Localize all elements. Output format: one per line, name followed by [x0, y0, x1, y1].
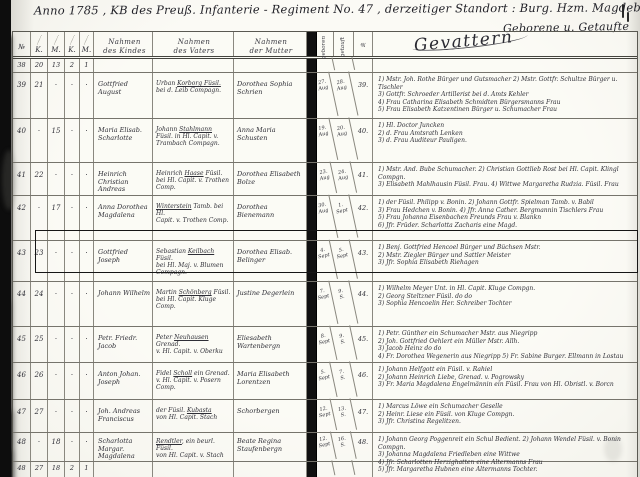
cell-father-name: Fidel Scholl ein Grenad. v. Hl. Capit. v… [153, 363, 234, 399]
cell-entry-no: 41. [354, 163, 373, 195]
cell-child-name: Maria Elisab. Scharlotte [94, 119, 153, 162]
cell-mother-name: Dorothea Elisabeth Bolze [234, 163, 307, 195]
cell-count: · [80, 400, 94, 432]
cell-count: 27 [31, 400, 48, 432]
cell-no: 43 [13, 241, 31, 281]
cell-no: 40 [13, 119, 31, 162]
cell-child-name: Johann Wilhelm [94, 282, 153, 326]
cell-count: 23 [31, 241, 48, 281]
carry-over-row: 38 20 13 2 1 [13, 59, 637, 73]
cell-entry-no: 42. [354, 196, 373, 240]
cell-no: 48 [13, 433, 31, 461]
father-text: Johann [156, 126, 179, 133]
table-row-39: 39 21 · · · Gottfried August Urban Korbo… [13, 73, 637, 119]
cell-count: · [80, 119, 94, 162]
cell-count: · [48, 400, 65, 432]
cell-count: · [80, 73, 94, 118]
father-surname-underlined: Keilbach [188, 248, 214, 255]
cell-godparents: 1) Johann Georg Poggenreit ein Schul Bed… [373, 433, 637, 461]
empty-cell [234, 59, 307, 72]
cell-father-name: Johann Stahlmann Füsil. in Hl. Capit. v.… [153, 119, 234, 162]
col-header-born-label: geboren [322, 36, 328, 59]
father-surname-underlined: Haase [185, 170, 204, 177]
father-text: von Hl. Capit. Stach [156, 414, 217, 421]
cell-father-name: Sebastian Keilbach Füsil. bei Hl. Maj. v… [153, 241, 234, 281]
total-count: 27 [31, 462, 48, 477]
cell-no: 44 [13, 282, 31, 326]
cell-count: · [65, 433, 80, 461]
cell-father-name: Martin Schönberg Füsil. bei Hl. Capit. K… [153, 282, 234, 326]
father-surname-underlined: Stahlmann [179, 126, 212, 133]
page-fold-bar [307, 32, 317, 56]
cell-count: 21 [31, 73, 48, 118]
cell-mother-name: Eliesabeth Wartenbergn [234, 327, 307, 362]
empty-cell [354, 462, 373, 477]
table-row-46: 46 26 · · · Anton Johan. Joseph Fidel Sc… [13, 363, 637, 400]
cell-count: · [80, 282, 94, 326]
empty-cell [354, 59, 373, 72]
cell-child-name: Petr. Friedr. Jacob [94, 327, 153, 362]
father-text: Füsil. in Hl. Capit. v. Trambach Compagn… [156, 133, 220, 147]
total-count: 2 [65, 462, 80, 477]
cell-mother-name: Dorothea Bienemann [234, 196, 307, 240]
cell-child-name: Heinrich Christian Andreas [94, 163, 153, 195]
col-header-godparents: Gevattern [373, 32, 637, 56]
cell-count: · [31, 433, 48, 461]
carry-count: 20 [31, 59, 48, 72]
cell-mother-name: Justine Degerlein [234, 282, 307, 326]
cell-mother-name: Schorbergen [234, 400, 307, 432]
cell-count: · [48, 163, 65, 195]
col-header-count: M. [48, 32, 65, 56]
cell-count: · [65, 73, 80, 118]
father-text: Grenad. v. Hl. Capit. v. Oberku [156, 341, 223, 355]
table-row-48: 48 · 18 · · Scharlotta Margar. Magdalena… [13, 433, 637, 462]
cell-mother-name: Beate Regina Staufenbergn [234, 433, 307, 461]
cell-count: 25 [31, 327, 48, 362]
father-text: Fidel [156, 370, 173, 377]
father-surname-underlined: Kubasta [187, 407, 212, 414]
cell-count: · [48, 73, 65, 118]
empty-cell [316, 460, 336, 477]
col-header-born: geboren [317, 32, 334, 56]
col-header-mother: Nahmen der Mutter [234, 32, 307, 56]
header-row: № K. M. K. M. Nahmen des Kindes Nahmen d… [13, 32, 637, 59]
totals-row: 48 27 18 2 1 [13, 462, 637, 477]
cell-entry-no: 39. [354, 73, 373, 118]
table-row-41: 41 22 · · · Heinrich Christian Andreas H… [13, 163, 637, 196]
cell-father-name: Winterstein Tamb. bei Hl. Capit. v. Trot… [153, 196, 234, 240]
cell-mother-name: Dorothea Sophia Schrien [234, 73, 307, 118]
cell-godparents: 1) Mstr. Joh. Rothe Bürger und Gutsmache… [373, 73, 637, 118]
empty-cell [333, 460, 356, 477]
cell-godparents: 1) Wilhelm Meyer Unt. in Hl. Capit. Klug… [373, 282, 637, 326]
cell-count: · [80, 327, 94, 362]
cell-father-name: der Füsil. Kubasta von Hl. Capit. Stach [153, 400, 234, 432]
cell-no: 47 [13, 400, 31, 432]
cell-no: 42 [13, 196, 31, 240]
col-header-count: K. [31, 32, 48, 56]
cell-count: 18 [48, 433, 65, 461]
cell-count: · [48, 363, 65, 399]
cell-entry-no: 46. [354, 363, 373, 399]
empty-cell [153, 462, 234, 477]
empty-cell [234, 462, 307, 477]
cell-child-name: Anna Dorothea Magdalena [94, 196, 153, 240]
cell-godparents: 1) Johann Helfgott ein Füsil. v. Rahiel … [373, 363, 637, 399]
cell-child-name: Gottfried August [94, 73, 153, 118]
cell-father-name: Urban Korborg Füsil. bei d. Leib Compagn… [153, 73, 234, 118]
cell-count: · [65, 119, 80, 162]
father-surname-underlined: Rendtler [156, 438, 182, 445]
father-text: Heinrich [156, 170, 185, 177]
empty-cell [94, 462, 153, 477]
cell-godparents: 1) Hl. Doctor Juncken 2) d. Frau Amtsrat… [373, 119, 637, 162]
cell-count: 17 [48, 196, 65, 240]
book-binding-edge [0, 0, 11, 477]
cell-count: 22 [31, 163, 48, 195]
godparents-script-heading: Gevattern [412, 33, 528, 53]
total-count: 18 [48, 462, 65, 477]
col-header-count: K. [65, 32, 80, 56]
cell-count: · [48, 327, 65, 362]
cell-count: · [65, 282, 80, 326]
cell-godparents: 1) der Füsil. Philipp v. Bonin. 2) Johan… [373, 196, 637, 240]
cell-child-name: Gottfried Joseph [94, 241, 153, 281]
carry-count: 13 [48, 59, 65, 72]
cell-count: 26 [31, 363, 48, 399]
page-title: Anno 1785 , KB des Preuß. Infanterie - R… [34, 0, 624, 17]
cell-count: · [65, 363, 80, 399]
col-header-no: № [13, 32, 31, 56]
cell-count: · [65, 327, 80, 362]
father-surname-underlined: Schönberg [179, 289, 212, 296]
col-header-child: Nahmen des Kindes [94, 32, 153, 56]
cell-no: 39 [13, 73, 31, 118]
table-row-40: 40 · 15 · · Maria Elisab. Scharlotte Joh… [13, 119, 637, 163]
father-surname-underlined: Winterstein [156, 203, 192, 210]
cell-no: 46 [13, 363, 31, 399]
table-row-44: 44 24 · · · Johann Wilhelm Martin Schönb… [13, 282, 637, 327]
father-text: Füsil. bei Hl. Maj. v. Blumen Compagn. [156, 255, 223, 276]
cell-count: · [31, 119, 48, 162]
cell-child-name: Scharlotta Margar. Magdalena [94, 433, 153, 461]
cell-father-name: Heinrich Haase Füsil. bei Hl. Capit. v. … [153, 163, 234, 195]
father-surname-underlined: Scholl [173, 370, 192, 377]
cell-godparents: 1) Benj. Gottfried Hencoel Bürger und Bü… [373, 241, 637, 281]
cell-no: 41 [13, 163, 31, 195]
scanned-register-page: Anno 1785 , KB des Preuß. Infanterie - R… [0, 0, 640, 477]
cell-child-name: Joh. Andreas Franciscus [94, 400, 153, 432]
empty-cell [316, 57, 335, 73]
father-text: Sebastian [156, 248, 188, 255]
cell-mother-name: Dorothea Elisab. Belinger [234, 241, 307, 281]
col-header-count: M. [80, 32, 94, 56]
cell-godparents: 1) Marcus Löwe ein Schumacher Geselle 2)… [373, 400, 637, 432]
cell-entry-no: 48. [354, 433, 373, 461]
cell-count: · [80, 433, 94, 461]
cell-count: · [65, 196, 80, 240]
cell-count: · [80, 363, 94, 399]
cell-entry-no: 45. [354, 327, 373, 362]
total-count: 1 [80, 462, 94, 477]
cell-entry-no: 47. [354, 400, 373, 432]
empty-cell [373, 59, 637, 72]
cell-count: · [48, 241, 65, 281]
cell-father-name: Peter Neuhausen Grenad. v. Hl. Capit. v.… [153, 327, 234, 362]
col-header-baptized: getauft [334, 32, 354, 56]
table-row-42: 42 · 17 · · Anna Dorothea Magdalena Wint… [13, 196, 637, 241]
father-text: Peter [156, 334, 174, 341]
total-no: 48 [13, 462, 31, 477]
carry-count: 1 [80, 59, 94, 72]
table-row-43: 43 23 · · · Gottfried Joseph Sebastian K… [13, 241, 637, 282]
cell-count: · [31, 196, 48, 240]
carry-no: 38 [13, 59, 31, 72]
col-header-entry-no: № [354, 32, 373, 56]
cell-count: 24 [31, 282, 48, 326]
cell-entry-no: 40. [354, 119, 373, 162]
father-text: der Füsil. [156, 407, 187, 414]
cell-count: · [65, 163, 80, 195]
col-header-baptized-label: getauft [341, 37, 347, 57]
father-text: Martin [156, 289, 179, 296]
cell-entry-no: 43. [354, 241, 373, 281]
empty-cell [94, 59, 153, 72]
col-header-father: Nahmen des Vaters [153, 32, 234, 56]
col-header-entry-no-label: № [360, 41, 366, 47]
cell-mother-name: Anna Maria Schusten [234, 119, 307, 162]
cell-count: · [80, 163, 94, 195]
cell-count: · [65, 400, 80, 432]
table-row-47: 47 27 · · · Joh. Andreas Franciscus der … [13, 400, 637, 433]
cell-count: · [48, 282, 65, 326]
cell-count: · [80, 196, 94, 240]
father-surname-underlined: Korborg Füsil. [177, 80, 221, 87]
cell-child-name: Anton Johan. Joseph [94, 363, 153, 399]
cell-count: 15 [48, 119, 65, 162]
cell-father-name: Rendtler, ein beurl. Füsil. von Hl. Capi… [153, 433, 234, 461]
empty-cell [153, 59, 234, 72]
register-table: № K. M. K. M. Nahmen des Kindes Nahmen d… [12, 31, 638, 477]
table-row-45: 45 25 · · · Petr. Friedr. Jacob Peter Ne… [13, 327, 637, 363]
father-surname-underlined: Neuhausen [174, 334, 208, 341]
cell-godparents: 1) Petr. Günther ein Schumacher Mstr. au… [373, 327, 637, 362]
cell-count: · [65, 241, 80, 281]
cell-entry-no: 44. [354, 282, 373, 326]
father-text: bei d. Leib Compagn. [156, 87, 221, 94]
cell-count: · [80, 241, 94, 281]
cell-godparents: 1) Mstr. And. Bube Schumacher. 2) Christ… [373, 163, 637, 195]
cell-mother-name: Maria Elisabeth Lorentzen [234, 363, 307, 399]
father-text: Urban [156, 80, 177, 87]
carry-count: 2 [65, 59, 80, 72]
cell-no: 45 [13, 327, 31, 362]
